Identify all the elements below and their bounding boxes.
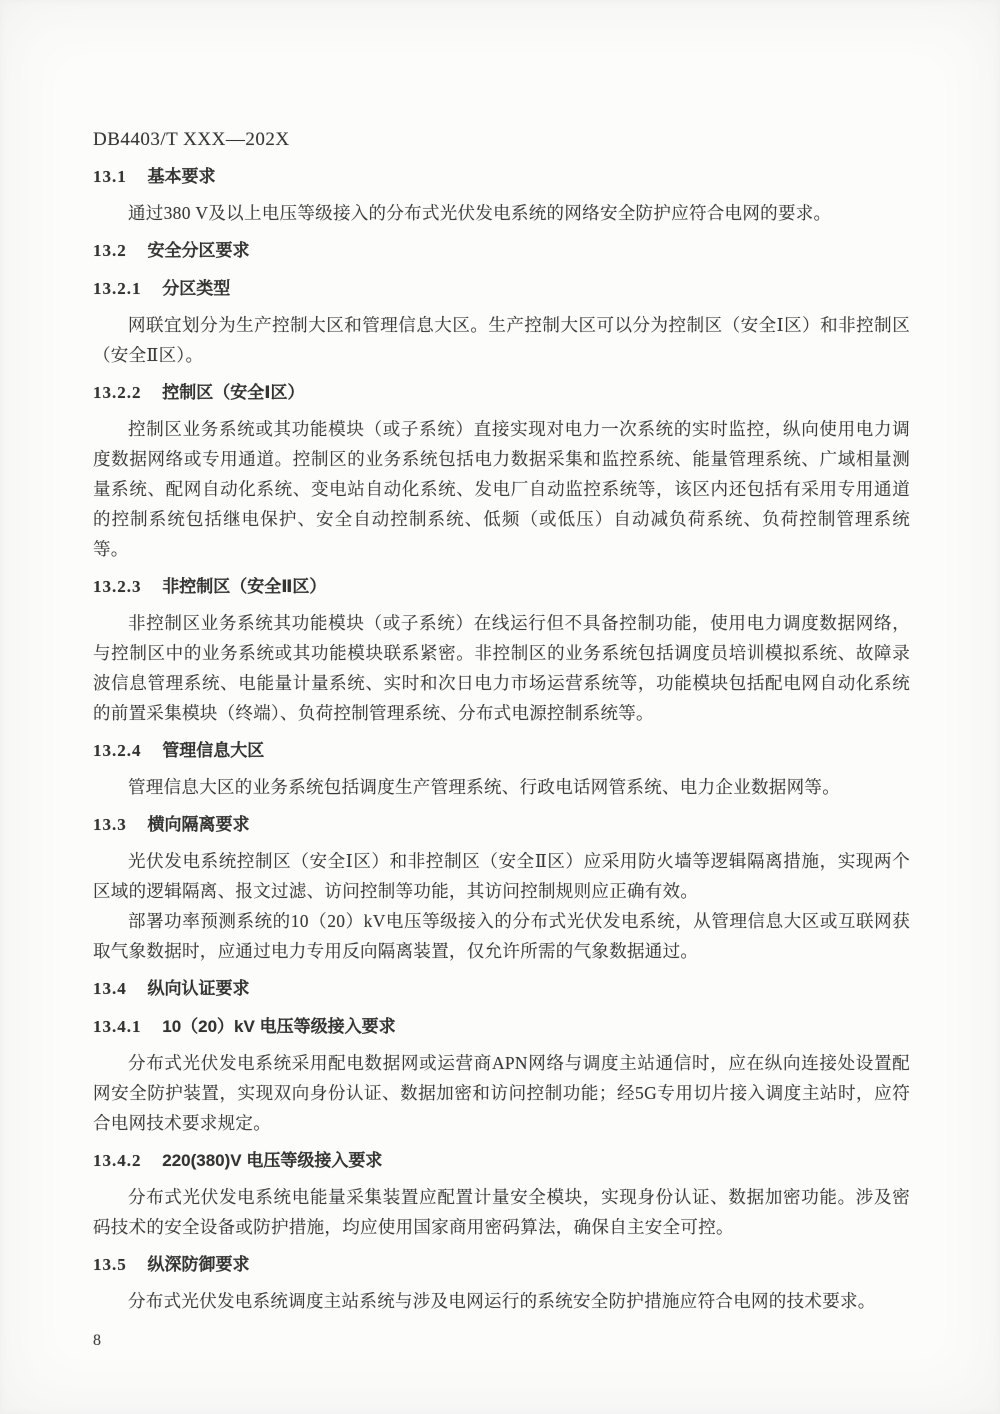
section-title: 非控制区（安全Ⅱ区） [162, 577, 326, 596]
section-number: 13.2.4 [93, 741, 142, 760]
section-heading-13-2-2: 13.2.2 控制区（安全Ⅰ区） [93, 378, 910, 408]
section-title: 控制区（安全Ⅰ区） [162, 383, 304, 402]
section-number: 13.3 [93, 815, 127, 834]
section-title: 纵向认证要求 [147, 979, 249, 998]
section-number: 13.4 [93, 979, 127, 998]
section-title: 管理信息大区 [162, 741, 264, 760]
section-number: 13.4.2 [93, 1151, 142, 1170]
paragraph-13-1: 通过380 V及以上电压等级接入的分布式光伏发电系统的网络安全防护应符合电网的要… [93, 198, 910, 228]
paragraph-13-5: 分布式光伏发电系统调度主站系统与涉及电网运行的系统安全防护措施应符合电网的技术要… [93, 1286, 910, 1316]
section-number: 13.4.1 [93, 1017, 142, 1036]
section-number: 13.1 [93, 167, 127, 186]
paragraph-13-3-a: 光伏发电系统控制区（安全Ⅰ区）和非控制区（安全Ⅱ区）应采用防火墙等逻辑隔离措施，… [93, 846, 910, 906]
section-title: 横向隔离要求 [147, 815, 249, 834]
paragraph-13-2-1: 网联宜划分为生产控制大区和管理信息大区。生产控制大区可以分为控制区（安全Ⅰ区）和… [93, 310, 910, 370]
section-heading-13-2: 13.2 安全分区要求 [93, 236, 910, 266]
section-title: 安全分区要求 [147, 241, 249, 260]
paragraph-13-4-1: 分布式光伏发电系统采用配电数据网或运营商APN网络与调度主站通信时，应在纵向连接… [93, 1048, 910, 1138]
section-heading-13-2-3: 13.2.3 非控制区（安全Ⅱ区） [93, 572, 910, 602]
paragraph-13-3-b: 部署功率预测系统的10（20）kV电压等级接入的分布式光伏发电系统，从管理信息大… [93, 906, 910, 966]
section-number: 13.2.2 [93, 383, 142, 402]
paragraph-13-2-2: 控制区业务系统或其功能模块（或子系统）直接实现对电力一次系统的实时监控，纵向使用… [93, 414, 910, 564]
document-page: DB4403/T XXX—202X 13.1 基本要求 通过380 V及以上电压… [0, 0, 1000, 1414]
paragraph-13-2-3: 非控制区业务系统其功能模块（或子系统）在线运行但不具备控制功能，使用电力调度数据… [93, 608, 910, 728]
paragraph-13-2-4: 管理信息大区的业务系统包括调度生产管理系统、行政电话网管系统、电力企业数据网等。 [93, 772, 910, 802]
section-heading-13-2-1: 13.2.1 分区类型 [93, 274, 910, 304]
section-heading-13-5: 13.5 纵深防御要求 [93, 1250, 910, 1280]
section-heading-13-4: 13.4 纵向认证要求 [93, 974, 910, 1004]
section-number: 13.2.1 [93, 279, 142, 298]
section-title: 10（20）kV 电压等级接入要求 [162, 1017, 395, 1036]
section-title: 分区类型 [162, 279, 230, 298]
section-number: 13.2.3 [93, 577, 142, 596]
section-title: 纵深防御要求 [147, 1255, 249, 1274]
section-number: 13.2 [93, 241, 127, 260]
section-heading-13-2-4: 13.2.4 管理信息大区 [93, 736, 910, 766]
section-heading-13-1: 13.1 基本要求 [93, 162, 910, 192]
section-heading-13-4-1: 13.4.1 10（20）kV 电压等级接入要求 [93, 1012, 910, 1042]
section-title: 220(380)V 电压等级接入要求 [162, 1151, 382, 1170]
page-number: 8 [93, 1330, 910, 1352]
paragraph-13-4-2: 分布式光伏发电系统电能量采集装置应配置计量安全模块，实现身份认证、数据加密功能。… [93, 1182, 910, 1242]
section-heading-13-3: 13.3 横向隔离要求 [93, 810, 910, 840]
section-number: 13.5 [93, 1255, 127, 1274]
section-heading-13-4-2: 13.4.2 220(380)V 电压等级接入要求 [93, 1146, 910, 1176]
document-code-header: DB4403/T XXX—202X [93, 128, 910, 152]
section-title: 基本要求 [147, 167, 215, 186]
